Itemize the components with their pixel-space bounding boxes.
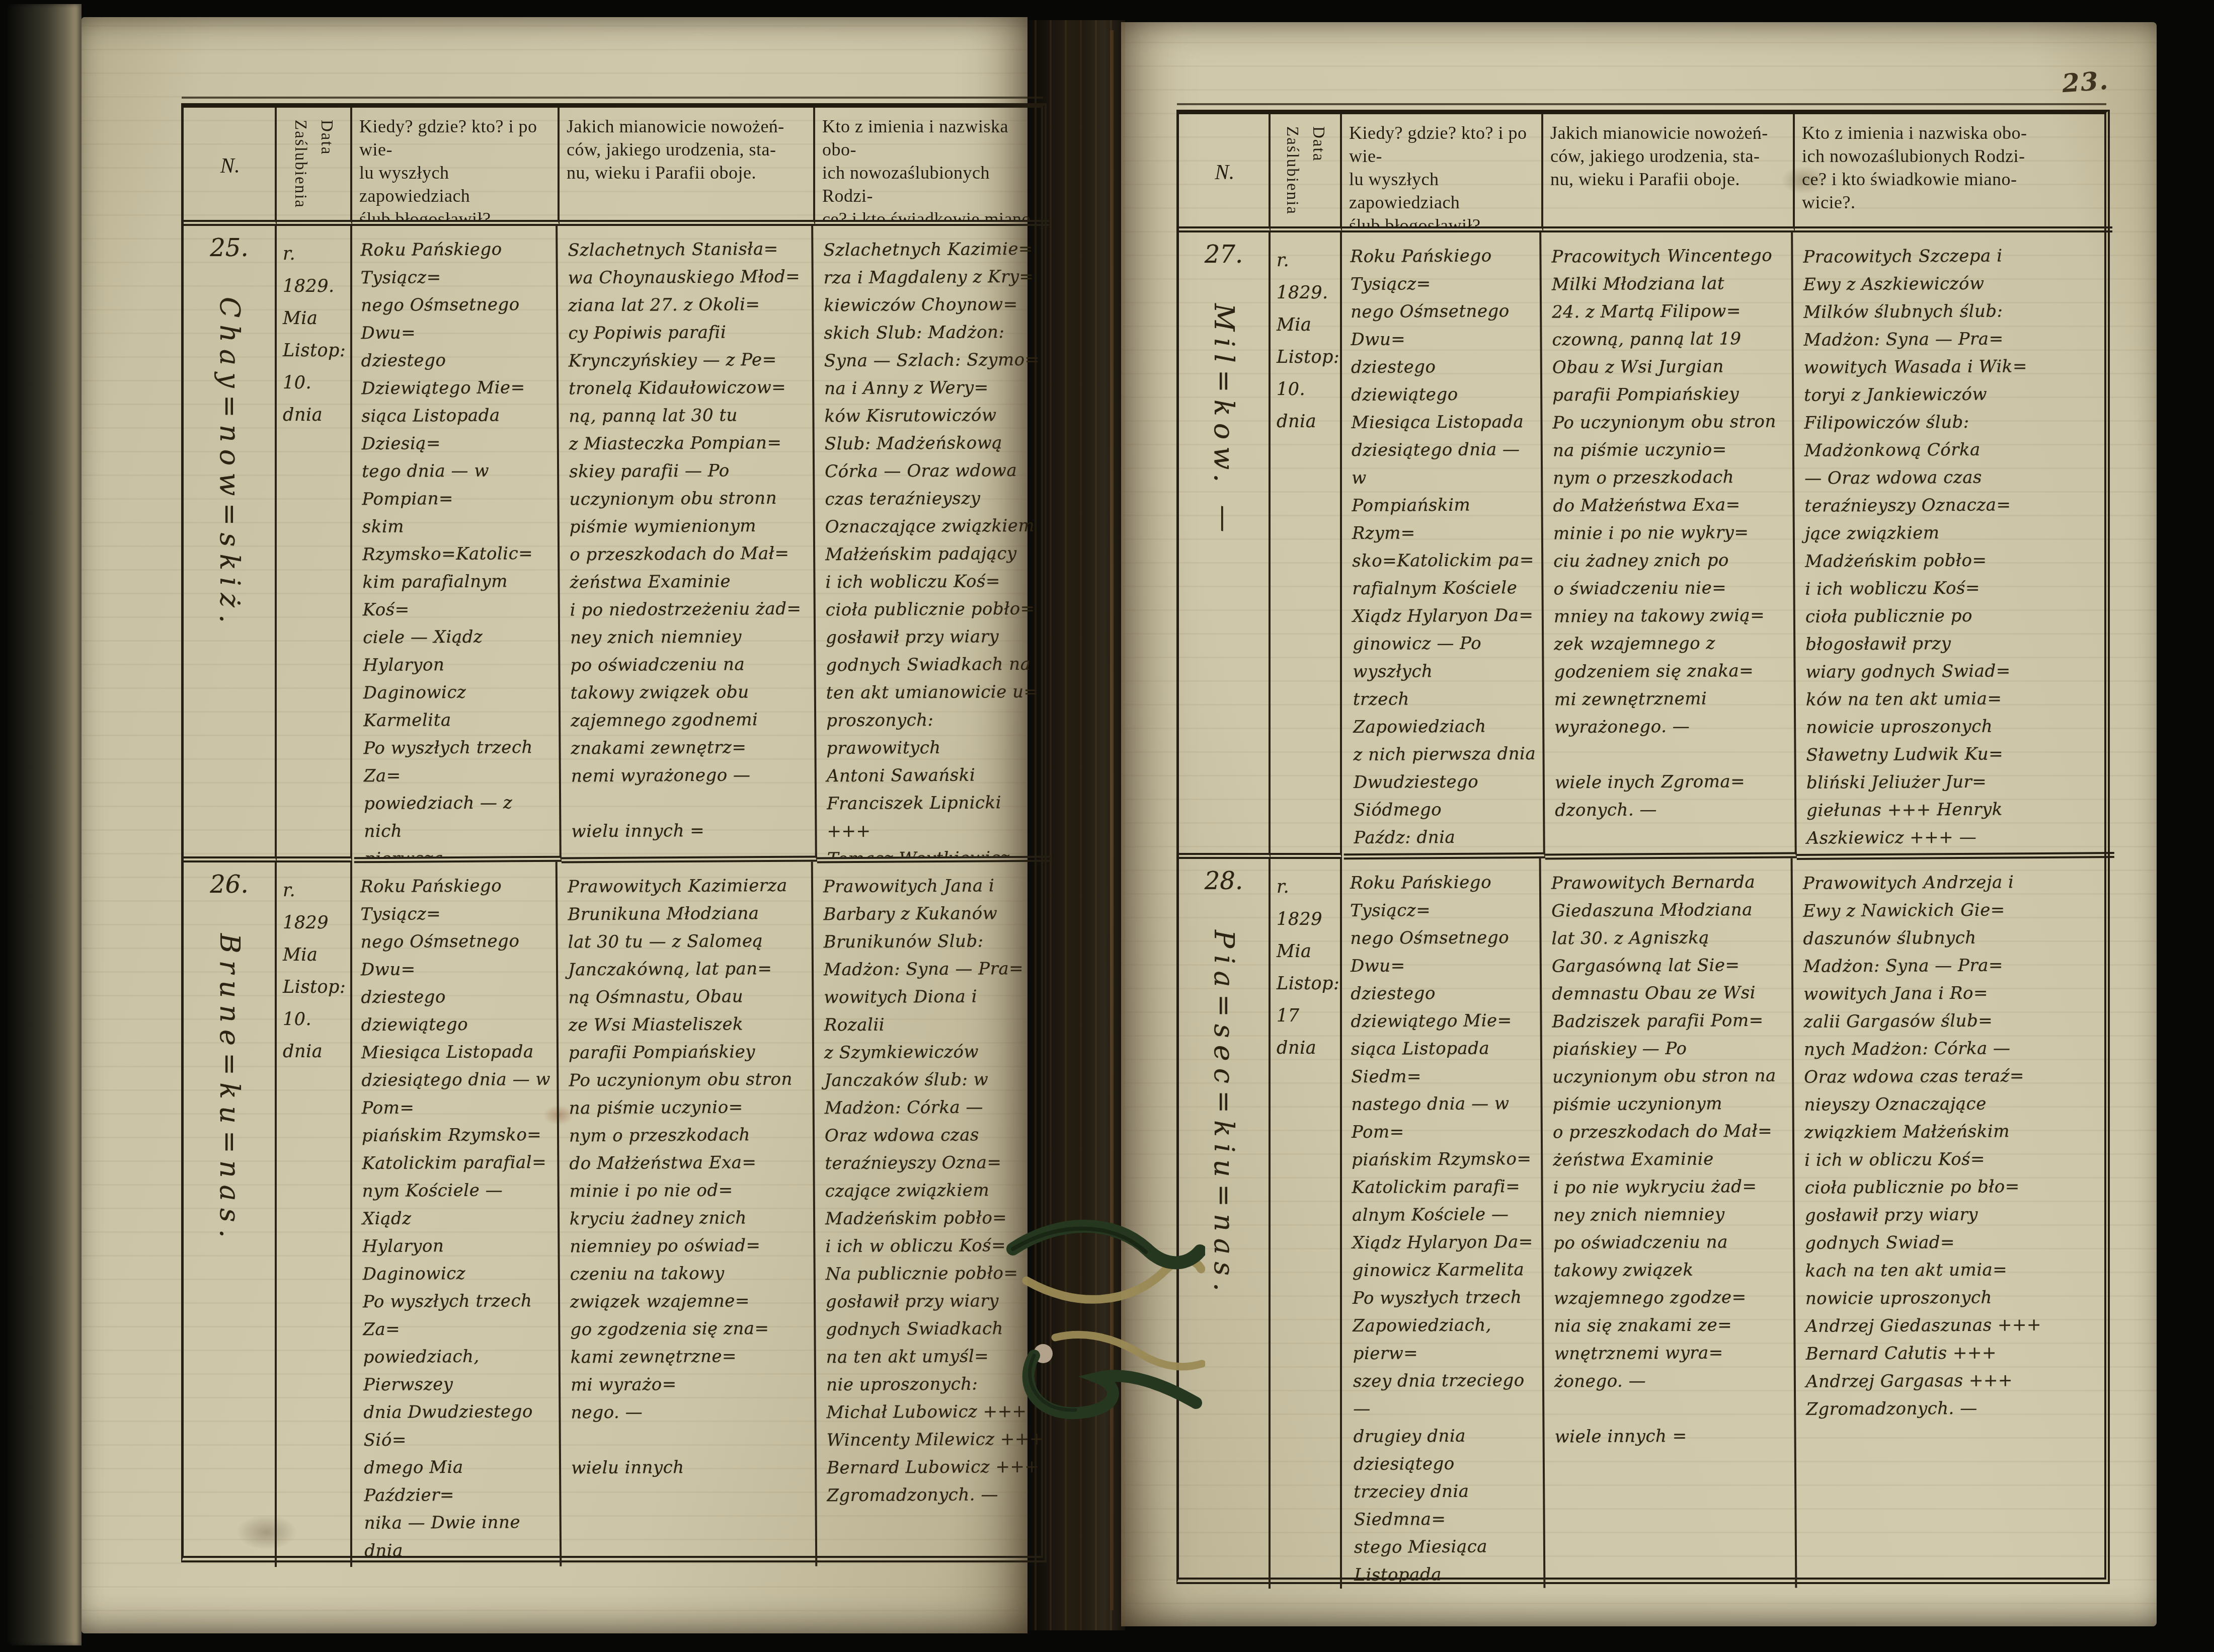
- record-number: 25.: [210, 235, 248, 262]
- record-26-number-cell: 26. Brune=ku=nas.: [184, 862, 277, 1567]
- record-25-number-cell: 25. Chay=now=skiż.: [184, 226, 277, 862]
- header-date-label: Data Zaślubienia: [287, 120, 340, 208]
- header-date: Data Zaślubienia: [1271, 114, 1342, 232]
- record-25-when-where: Roku Pańskiego Tysiącz= nego Ośmsetnego …: [350, 225, 562, 863]
- book-page-edge-stack: [6, 4, 82, 1645]
- page-number: 23.: [2061, 68, 2109, 96]
- record-number: 27.: [1205, 242, 1243, 268]
- binding-threads: [999, 1203, 1205, 1424]
- header-newlyweds: Jakich mianowicie nowożeń- ców, jakiego …: [1543, 114, 1795, 232]
- header-parents-witnesses: Kto z imienia i nazwiska obo- ich nowoza…: [815, 108, 1049, 226]
- record-surname-vertical: Chay=now=skiż.: [216, 297, 243, 630]
- register-table-right: N. Data Zaślubienia Kiedy? gdzie? kto? i…: [1176, 110, 2110, 1584]
- header-when-where: Kiedy? gdzie? kto? i po wie- lu wyszłych…: [1342, 114, 1543, 232]
- record-28-newlyweds: Prawowitych Bernarda Giedaszuna Młodzian…: [1541, 858, 1797, 1589]
- header-date: Data Zaślubienia: [277, 108, 352, 226]
- record-27-newlyweds: Pracowitych Wincentego Milki Młodziana l…: [1541, 231, 1797, 859]
- header-parents-witnesses: Kto z imienia i nazwiska obo- ich nowoza…: [1795, 114, 2112, 232]
- record-number: 28.: [1205, 868, 1243, 895]
- record-25-date: r. 1829. Mia Listop: 10. dnia: [277, 226, 352, 862]
- record-27-date: r. 1829. Mia Listop: 10. dnia: [1271, 232, 1342, 859]
- record-26-when-where: Roku Pańskiego Tysiącz= nego Ośmsetnego …: [350, 862, 562, 1567]
- record-number: 26.: [210, 872, 248, 898]
- header-number-label: N.: [220, 154, 241, 178]
- record-surname-vertical: Mil=kow. —: [1210, 303, 1237, 539]
- record-28-parents-witnesses: Prawowitych Andrzeja i Ewy z Nawickich G…: [1793, 858, 2115, 1590]
- record-25-newlyweds: Szlachetnych Stanisła= wa Choynauskiego …: [558, 225, 817, 863]
- record-27-parents-witnesses: Pracowitych Szczepa i Ewy z Aszkiewiczów…: [1793, 231, 2114, 860]
- record-surname-vertical: Brune=ku=nas.: [216, 933, 243, 1245]
- header-number: N.: [184, 108, 277, 226]
- header-number: N.: [1179, 114, 1271, 232]
- record-27-number-cell: 27. Mil=kow. —: [1179, 232, 1271, 859]
- record-25-parents-witnesses: Szlachetnych Kazimie= rza i Magdaleny z …: [813, 225, 1051, 863]
- header-newlyweds: Jakich mianowicie nowożeń- ców, jakiego …: [560, 108, 815, 226]
- header-number-label: N.: [1215, 161, 1235, 184]
- record-26-date: r. 1829 Mia Listop: 10. dnia: [277, 862, 352, 1567]
- register-table-left: N. Data Zaślubienia Kiedy? gdzie? kto? i…: [181, 103, 1047, 1562]
- record-27-when-where: Roku Pańskiego Tysiącz= nego Ośmsetnego …: [1340, 232, 1545, 859]
- record-26-newlyweds: Prawowitych Kazimierza Brunikuna Młodzia…: [558, 861, 818, 1567]
- record-28-when-where: Roku Pańskiego Tysiącz= nego Ośmsetnego …: [1340, 858, 1546, 1589]
- header-when-where: Kiedy? gdzie? kto? i po wie- lu wyszłych…: [352, 108, 560, 226]
- record-surname-vertical: Pia=sec=kiu=nas.: [1210, 930, 1237, 1298]
- record-28-date: r. 1829 Mia Listop: 17 dnia: [1271, 859, 1342, 1589]
- header-date-label: Data Zaślubienia: [1279, 126, 1331, 215]
